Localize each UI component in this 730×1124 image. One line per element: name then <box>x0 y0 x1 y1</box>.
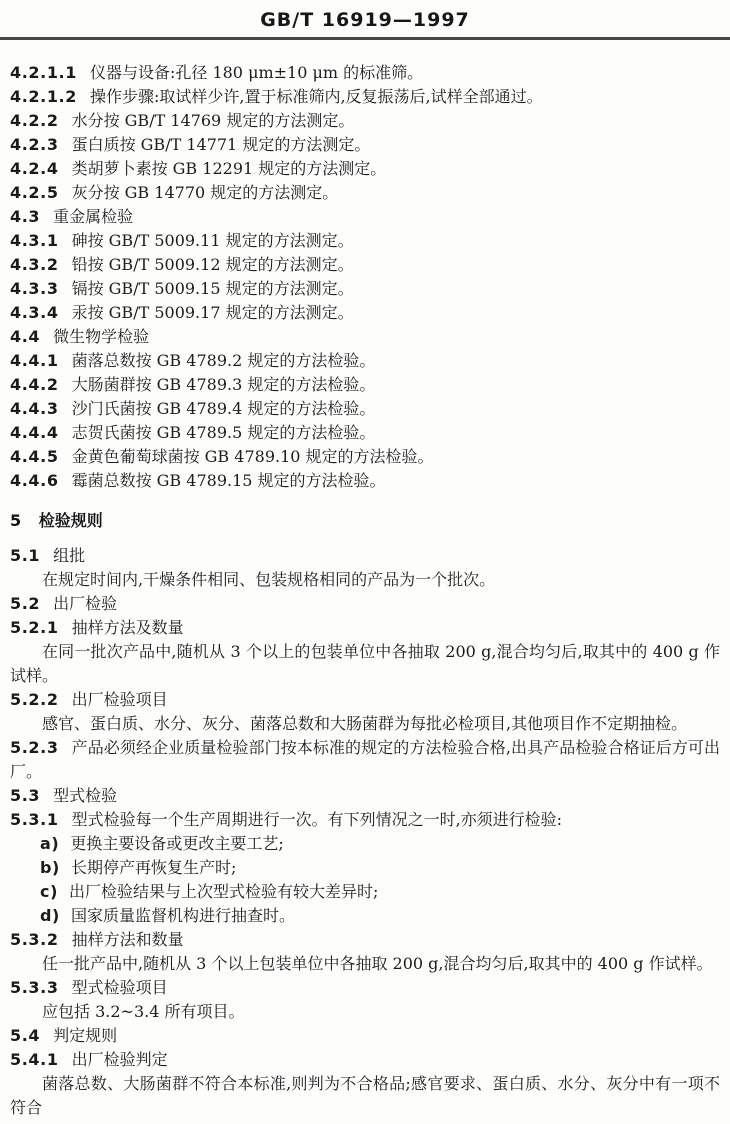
clause-number: 4.4 <box>10 327 40 346</box>
clause-line: 4.4.6霉菌总数按 GB 4789.15 规定的方法检验。 <box>10 469 720 493</box>
clause-text: 组批 <box>53 546 85 565</box>
clause-line: 5.4判定规则 <box>10 1024 720 1048</box>
clause-number: 4.3.3 <box>10 279 59 298</box>
list-item-line: b)长期停产再恢复生产时; <box>10 856 720 880</box>
clause-line: 4.2.3蛋白质按 GB/T 14771 规定的方法测定。 <box>10 133 720 157</box>
clause-number: 4.2.5 <box>10 183 59 202</box>
clause-line: 4.4.2大肠菌群按 GB 4789.3 规定的方法检验。 <box>10 373 720 397</box>
clause-line: 4.4.4志贺氏菌按 GB 4789.5 规定的方法检验。 <box>10 421 720 445</box>
paragraph-text: 感官、蛋白质、水分、灰分、菌落总数和大肠菌群为每批必检项目,其他项目作不定期抽检… <box>42 714 687 733</box>
list-marker: b) <box>40 858 60 877</box>
clause-text: 霉菌总数按 GB 4789.15 规定的方法检验。 <box>72 471 386 490</box>
paragraph-line: 在规定时间内,干燥条件相同、包装规格相同的产品为一个批次。 <box>10 568 720 592</box>
paragraph-text: 应包括 3.2~3.4 所有项目。 <box>42 1002 244 1021</box>
clause-text: 抽样方法及数量 <box>72 618 184 637</box>
standard-document-page: GB/T 16919—1997 4.2.1.1仪器与设备:孔径 180 μm±1… <box>0 0 730 1124</box>
list-item-line: a)更换主要设备或更改主要工艺; <box>10 832 720 856</box>
clause-text: 型式检验 <box>53 786 117 805</box>
clause-text: 出厂检验 <box>53 594 117 613</box>
clause-number: 4.2.2 <box>10 111 59 130</box>
clause-number: 5.2.1 <box>10 618 59 637</box>
clause-line: 4.3.3镉按 GB/T 5009.15 规定的方法测定。 <box>10 277 720 301</box>
clause-text: 操作步骤:取试样少许,置于标准筛内,反复振荡后,试样全部通过。 <box>90 87 543 106</box>
paragraph-line: 应包括 3.2~3.4 所有项目。 <box>10 1000 720 1024</box>
clause-line: 5.3.2抽样方法和数量 <box>10 928 720 952</box>
clause-text: 出厂检验项目 <box>72 690 168 709</box>
clause-number: 4.3 <box>10 207 40 226</box>
paragraph-line: 菌落总数、大肠菌群不符合本标准,则判为不合格品;感官要求、蛋白质、水分、灰分中有… <box>10 1072 720 1120</box>
clause-number: 4.2.4 <box>10 159 59 178</box>
clause-number: 4.2.1.2 <box>10 87 77 106</box>
clause-number: 4.4.6 <box>10 471 59 490</box>
clause-text: 水分按 GB/T 14769 规定的方法测定。 <box>72 111 355 130</box>
paragraph-line: 任一批产品中,随机从 3 个以上包装单位中各抽取 200 g,混合均匀后,取其中… <box>10 952 720 976</box>
clause-line: 5.2.2出厂检验项目 <box>10 688 720 712</box>
clause-number: 5.3 <box>10 786 40 805</box>
list-item-line: d)国家质量监督机构进行抽查时。 <box>10 904 720 928</box>
clause-number: 4.3.1 <box>10 231 59 250</box>
clause-text: 志贺氏菌按 GB 4789.5 规定的方法检验。 <box>72 423 376 442</box>
clause-number: 4.4.3 <box>10 399 59 418</box>
clause-line: 4.4.3沙门氏菌按 GB 4789.4 规定的方法检验。 <box>10 397 720 421</box>
clause-number: 5.3.1 <box>10 810 59 829</box>
clause-line: 4.2.2水分按 GB/T 14769 规定的方法测定。 <box>10 109 720 133</box>
clause-line: 5.1组批 <box>10 544 720 568</box>
clause-number: 5.2.3 <box>10 738 59 757</box>
document-body: 4.2.1.1仪器与设备:孔径 180 μm±10 μm 的标准筛。4.2.1.… <box>0 40 730 1120</box>
clause-number: 4.4.4 <box>10 423 59 442</box>
clause-text: 镉按 GB/T 5009.15 规定的方法测定。 <box>72 279 354 298</box>
clause-text: 微生物学检验 <box>53 327 149 346</box>
clause-line: 4.3重金属检验 <box>10 205 720 229</box>
clause-text: 铅按 GB/T 5009.12 规定的方法测定。 <box>72 255 354 274</box>
clause-number: 4.3.2 <box>10 255 59 274</box>
clause-text: 重金属检验 <box>53 207 133 226</box>
clause-text: 出厂检验判定 <box>72 1050 168 1069</box>
clause-line: 4.2.1.1仪器与设备:孔径 180 μm±10 μm 的标准筛。 <box>10 61 720 85</box>
list-marker: a) <box>40 834 59 853</box>
clause-line: 4.2.4类胡萝卜素按 GB 12291 规定的方法测定。 <box>10 157 720 181</box>
clause-number: 5.1 <box>10 546 40 565</box>
clause-text: 抽样方法和数量 <box>72 930 184 949</box>
clause-text: 砷按 GB/T 5009.11 规定的方法测定。 <box>72 231 354 250</box>
clause-text: 国家质量监督机构进行抽查时。 <box>71 906 295 925</box>
clause-text: 汞按 GB/T 5009.17 规定的方法测定。 <box>72 303 354 322</box>
paragraph-line: 在同一批次产品中,随机从 3 个以上的包装单位中各抽取 200 g,混合均匀后,… <box>10 640 720 688</box>
clause-line: 4.2.1.2操作步骤:取试样少许,置于标准筛内,反复振荡后,试样全部通过。 <box>10 85 720 109</box>
clause-text: 仪器与设备:孔径 180 μm±10 μm 的标准筛。 <box>90 63 423 82</box>
clause-text: 类胡萝卜素按 GB 12291 规定的方法测定。 <box>72 159 387 178</box>
clause-number: 5.2 <box>10 594 40 613</box>
clause-number: 4.2.3 <box>10 135 59 154</box>
paragraph-line: 感官、蛋白质、水分、灰分、菌落总数和大肠菌群为每批必检项目,其他项目作不定期抽检… <box>10 712 720 736</box>
clause-number: 4.4.5 <box>10 447 59 466</box>
list-item-line: c)出厂检验结果与上次型式检验有较大差异时; <box>10 880 720 904</box>
clause-text: 更换主要设备或更改主要工艺; <box>70 834 283 853</box>
clause-number: 5.2.2 <box>10 690 59 709</box>
clause-line: 5.3型式检验 <box>10 784 720 808</box>
clause-text: 金黄色葡萄球菌按 GB 4789.10 规定的方法检验。 <box>72 447 434 466</box>
clause-number: 5 <box>10 511 22 530</box>
clause-number: 5.4 <box>10 1026 40 1045</box>
clause-line: 4.3.4汞按 GB/T 5009.17 规定的方法测定。 <box>10 301 720 325</box>
clause-number: 5.4.1 <box>10 1050 59 1069</box>
paragraph-text: 在规定时间内,干燥条件相同、包装规格相同的产品为一个批次。 <box>42 570 495 589</box>
list-marker: c) <box>40 882 58 901</box>
clause-number: 5.3.3 <box>10 978 59 997</box>
paragraph-text: 任一批产品中,随机从 3 个以上包装单位中各抽取 200 g,混合均匀后,取其中… <box>42 954 713 973</box>
paragraph-text: 菌落总数、大肠菌群不符合本标准,则判为不合格品;感官要求、蛋白质、水分、灰分中有… <box>10 1074 720 1117</box>
clause-line: 4.4微生物学检验 <box>10 325 720 349</box>
clause-line: 5.2.3产品必须经企业质量检验部门按本标准的规定的方法检验合格,出具产品检验合… <box>10 736 720 784</box>
page-header: GB/T 16919—1997 <box>0 0 730 40</box>
clause-text: 长期停产再恢复生产时; <box>71 858 236 877</box>
heading-text: 检验规则 <box>39 511 103 530</box>
clause-text: 出厂检验结果与上次型式检验有较大差异时; <box>69 882 378 901</box>
clause-line: 4.4.1菌落总数按 GB 4789.2 规定的方法检验。 <box>10 349 720 373</box>
clause-line: 5.4.1出厂检验判定 <box>10 1048 720 1072</box>
list-marker: d) <box>40 906 60 925</box>
clause-text: 产品必须经企业质量检验部门按本标准的规定的方法检验合格,出具产品检验合格证后方可… <box>10 738 720 781</box>
clause-number: 4.3.4 <box>10 303 59 322</box>
section-heading: 5检验规则 <box>10 509 720 533</box>
clause-number: 4.4.1 <box>10 351 59 370</box>
clause-text: 菌落总数按 GB 4789.2 规定的方法检验。 <box>72 351 376 370</box>
clause-line: 5.2出厂检验 <box>10 592 720 616</box>
clause-line: 5.3.1型式检验每一个生产周期进行一次。有下列情况之一时,亦须进行检验: <box>10 808 720 832</box>
clause-line: 5.2.1抽样方法及数量 <box>10 616 720 640</box>
clause-text: 沙门氏菌按 GB 4789.4 规定的方法检验。 <box>72 399 376 418</box>
clause-text: 灰分按 GB 14770 规定的方法测定。 <box>72 183 339 202</box>
paragraph-text: 在同一批次产品中,随机从 3 个以上的包装单位中各抽取 200 g,混合均匀后,… <box>10 642 720 685</box>
clause-line: 4.4.5金黄色葡萄球菌按 GB 4789.10 规定的方法检验。 <box>10 445 720 469</box>
clause-text: 蛋白质按 GB/T 14771 规定的方法测定。 <box>72 135 371 154</box>
clause-line: 4.2.5灰分按 GB 14770 规定的方法测定。 <box>10 181 720 205</box>
standard-number-title: GB/T 16919—1997 <box>260 9 470 31</box>
clause-line: 4.3.2铅按 GB/T 5009.12 规定的方法测定。 <box>10 253 720 277</box>
clause-number: 5.3.2 <box>10 930 59 949</box>
clause-text: 型式检验项目 <box>72 978 168 997</box>
clause-line: 4.3.1砷按 GB/T 5009.11 规定的方法测定。 <box>10 229 720 253</box>
clause-line: 5.3.3型式检验项目 <box>10 976 720 1000</box>
clause-number: 4.4.2 <box>10 375 59 394</box>
clause-text: 型式检验每一个生产周期进行一次。有下列情况之一时,亦须进行检验: <box>72 810 562 829</box>
clause-text: 判定规则 <box>53 1026 117 1045</box>
clause-number: 4.2.1.1 <box>10 63 77 82</box>
clause-text: 大肠菌群按 GB 4789.3 规定的方法检验。 <box>72 375 376 394</box>
